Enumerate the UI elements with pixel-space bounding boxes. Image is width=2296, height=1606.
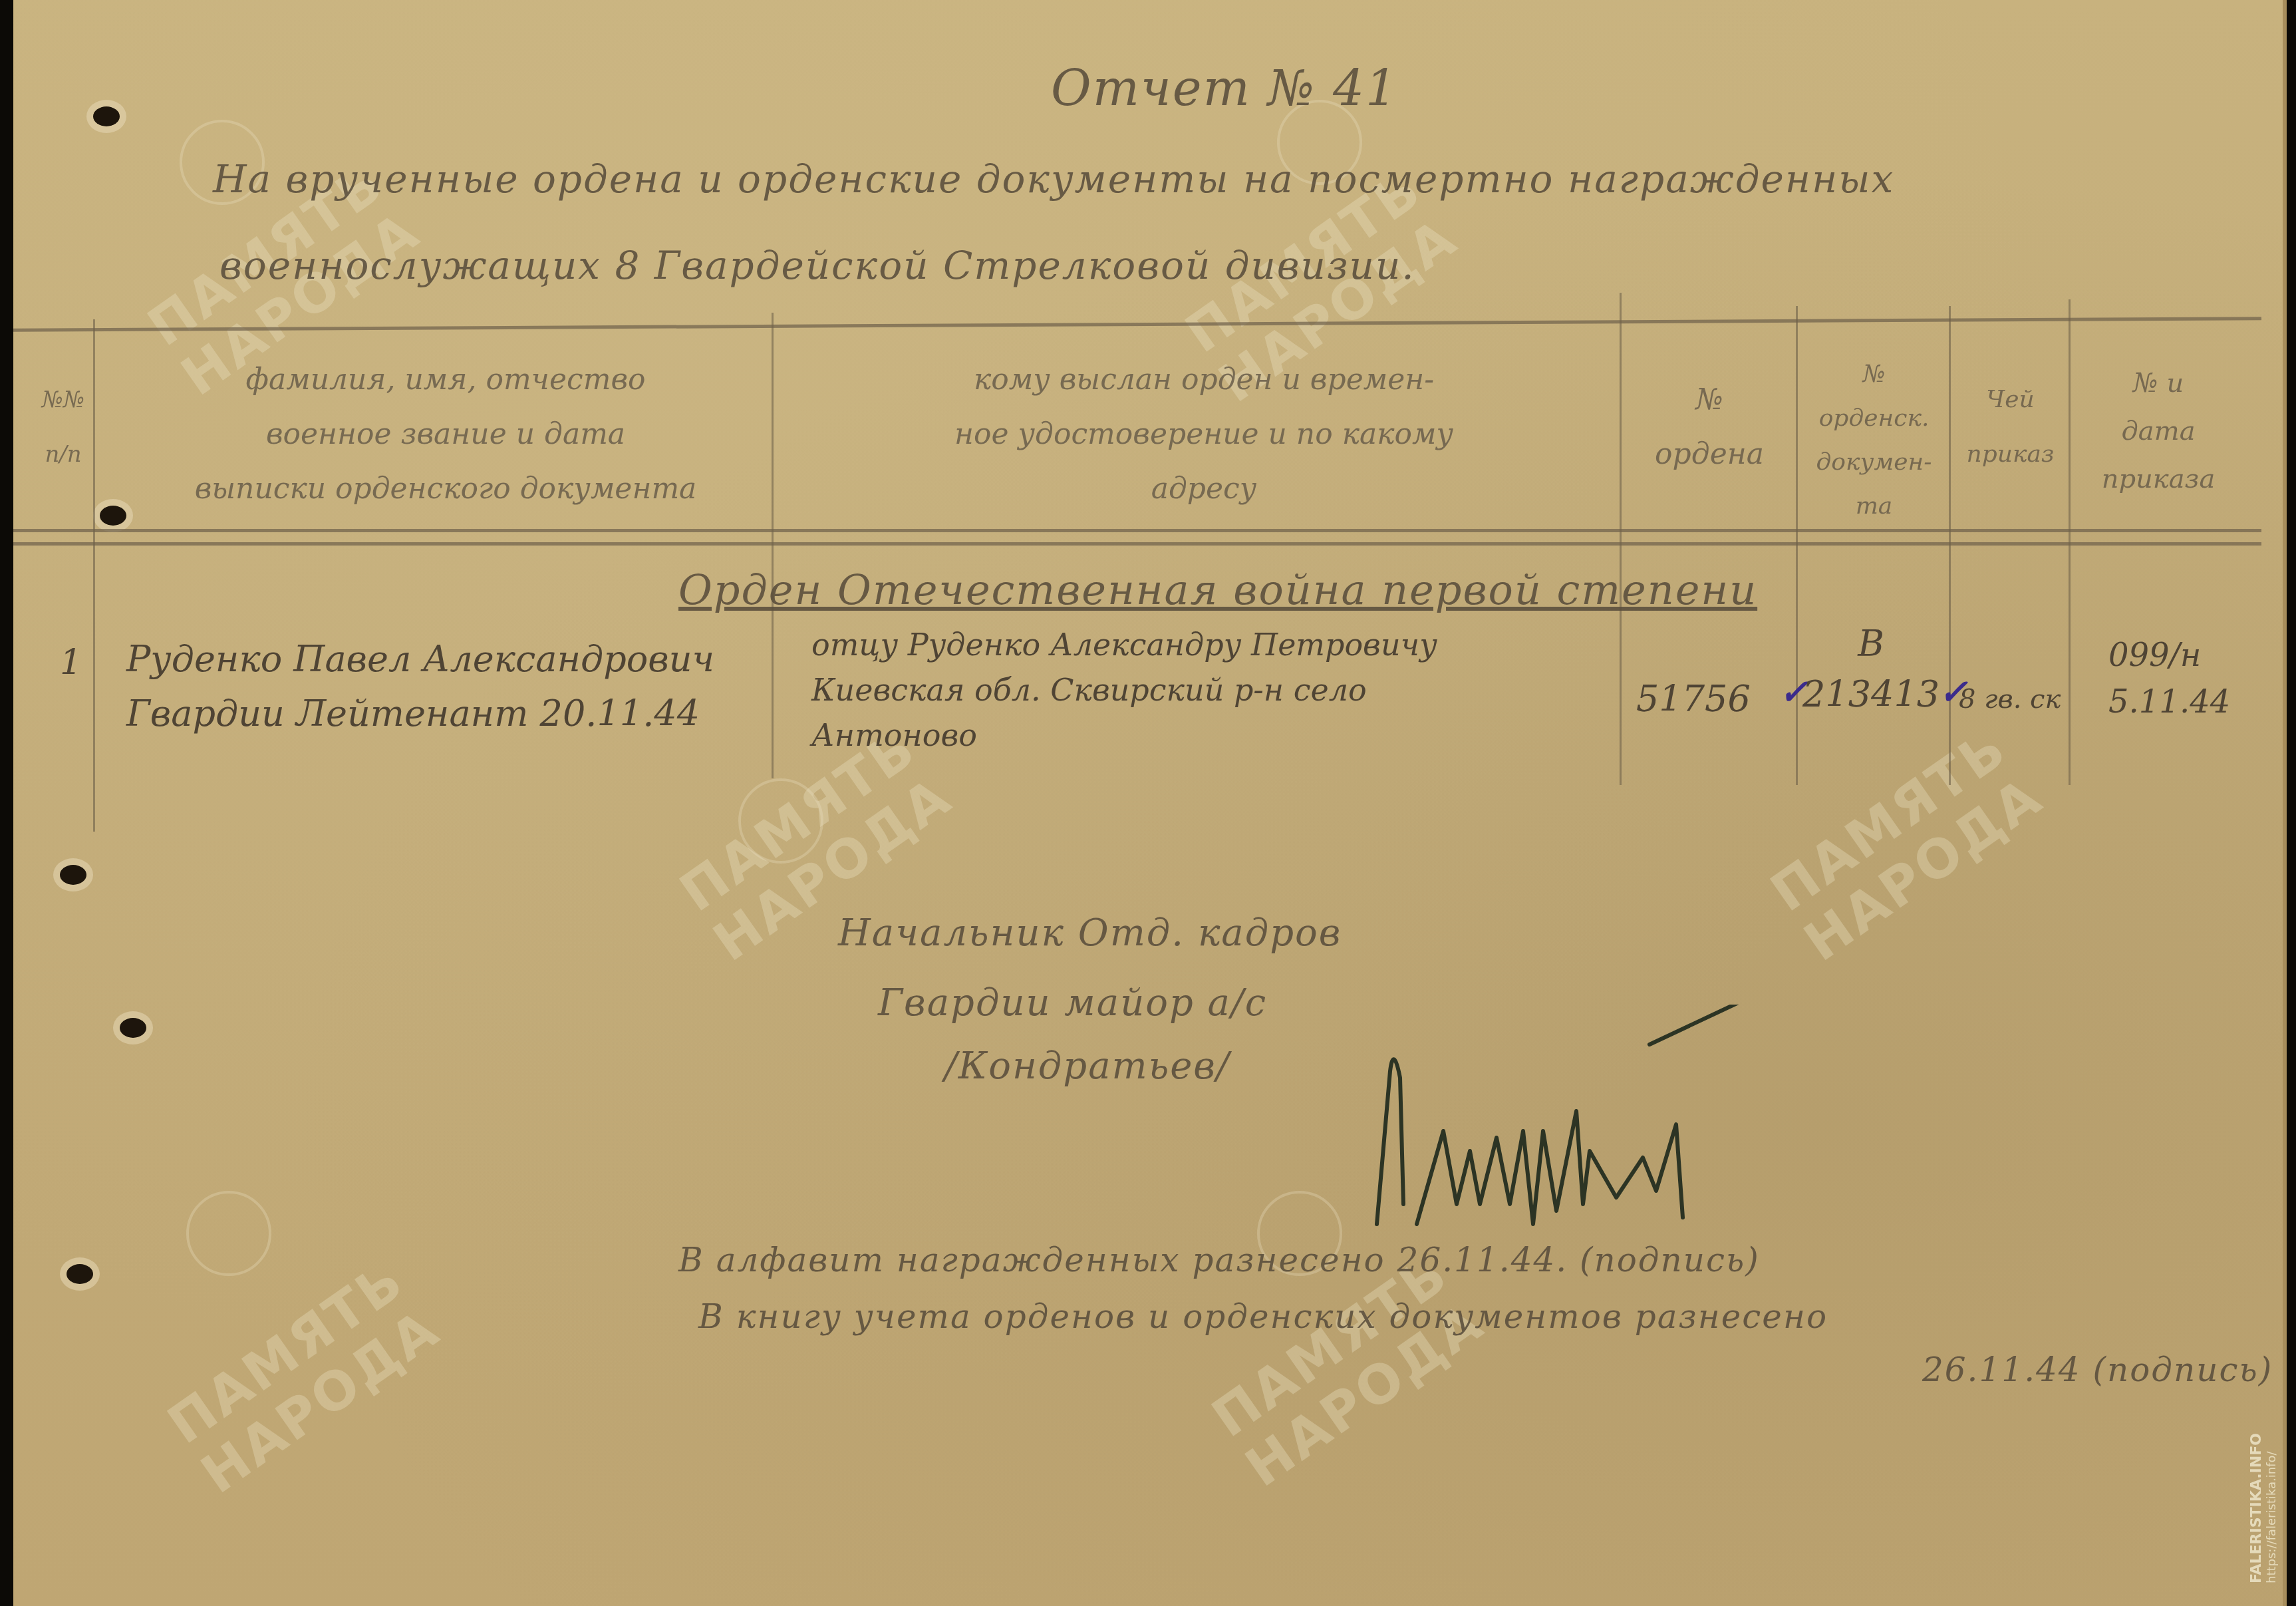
column-divider bbox=[772, 313, 774, 778]
column-divider bbox=[1620, 293, 1622, 785]
watermark: ПАМЯТЬ НАРОДА bbox=[1201, 1243, 1495, 1498]
cell-order-date: 099/н 5.11.44 bbox=[2108, 632, 2230, 725]
signer-rank: Гвардии майор а/с bbox=[878, 981, 1267, 1025]
column-header-name: фамилия, имя, отчество военное звание и … bbox=[126, 353, 765, 516]
note-line-2: В книгу учета орденов и орденских докуме… bbox=[698, 1297, 1828, 1336]
column-header-order-no: № ордена bbox=[1623, 373, 1796, 482]
document-title: Отчет № 41 bbox=[1051, 60, 1398, 117]
header-bottom-rule-2 bbox=[13, 542, 2261, 546]
watermark: ПАМЯТЬ НАРОДА bbox=[1760, 717, 2053, 973]
column-header-received-by: Чей приказ bbox=[1952, 373, 2069, 482]
handwritten-signature bbox=[1363, 1005, 1816, 1244]
document-subtitle-line2: военнослужащих 8 Гвардейской Стрелковой … bbox=[219, 243, 1415, 288]
section-heading: Орден Отечественная война первой степени bbox=[678, 565, 1757, 614]
column-divider bbox=[1949, 306, 1951, 785]
punch-hole bbox=[100, 506, 126, 526]
header-bottom-rule bbox=[13, 529, 2261, 532]
punch-hole bbox=[120, 1018, 146, 1038]
site-credit-name: FALERISTIKA.INFO bbox=[2248, 1433, 2265, 1583]
column-header-doc-no: № орденск. докумен- та bbox=[1799, 353, 1949, 528]
table-top-rule bbox=[13, 317, 2261, 332]
cell-name: Руденко Павел Александрович Гвардии Лейт… bbox=[126, 632, 714, 741]
column-header-order-date: № и дата приказа bbox=[2072, 359, 2245, 503]
note-line-1: В алфавит награжденных разнесено 26.11.4… bbox=[678, 1241, 1760, 1279]
punch-hole bbox=[60, 865, 86, 885]
document-subtitle-line1: На врученные ордена и орденские документ… bbox=[213, 156, 1894, 202]
document-page: ПАМЯТЬ НАРОДА ПАМЯТЬ НАРОДА ПАМЯТЬ НАРОД… bbox=[13, 0, 2287, 1606]
note-line-3: 26.11.44 (подпись) bbox=[1922, 1351, 2273, 1389]
punch-hole bbox=[67, 1264, 93, 1284]
site-credit: FALERISTIKA.INFO https://faleristika.inf… bbox=[2248, 1433, 2279, 1583]
cell-num: 1 bbox=[60, 635, 82, 690]
column-header-recipient: кому выслан орден и времен- ное удостове… bbox=[798, 353, 1610, 516]
column-divider bbox=[93, 319, 95, 832]
cell-recipient: отцу Руденко Александру Петровичу Киевск… bbox=[811, 622, 1437, 758]
star-emblem-icon bbox=[738, 778, 823, 864]
punch-hole bbox=[93, 106, 120, 126]
watermark: ПАМЯТЬ НАРОДА bbox=[157, 1249, 450, 1505]
cell-doc-no: В 213413 bbox=[1802, 619, 1939, 720]
signer-title: Начальник Отд. кадров bbox=[838, 911, 1342, 955]
column-header-num: №№ п/п bbox=[33, 373, 93, 482]
cell-order-no: 51756 bbox=[1636, 672, 1751, 726]
column-divider bbox=[1796, 306, 1798, 785]
cell-received-by: 8 гв. ск bbox=[1959, 672, 2061, 726]
column-divider bbox=[2069, 299, 2071, 785]
signer-name: /Кондратьев/ bbox=[944, 1044, 1230, 1088]
star-emblem-icon bbox=[186, 1191, 271, 1276]
site-credit-url: https://faleristika.info/ bbox=[2265, 1433, 2279, 1583]
